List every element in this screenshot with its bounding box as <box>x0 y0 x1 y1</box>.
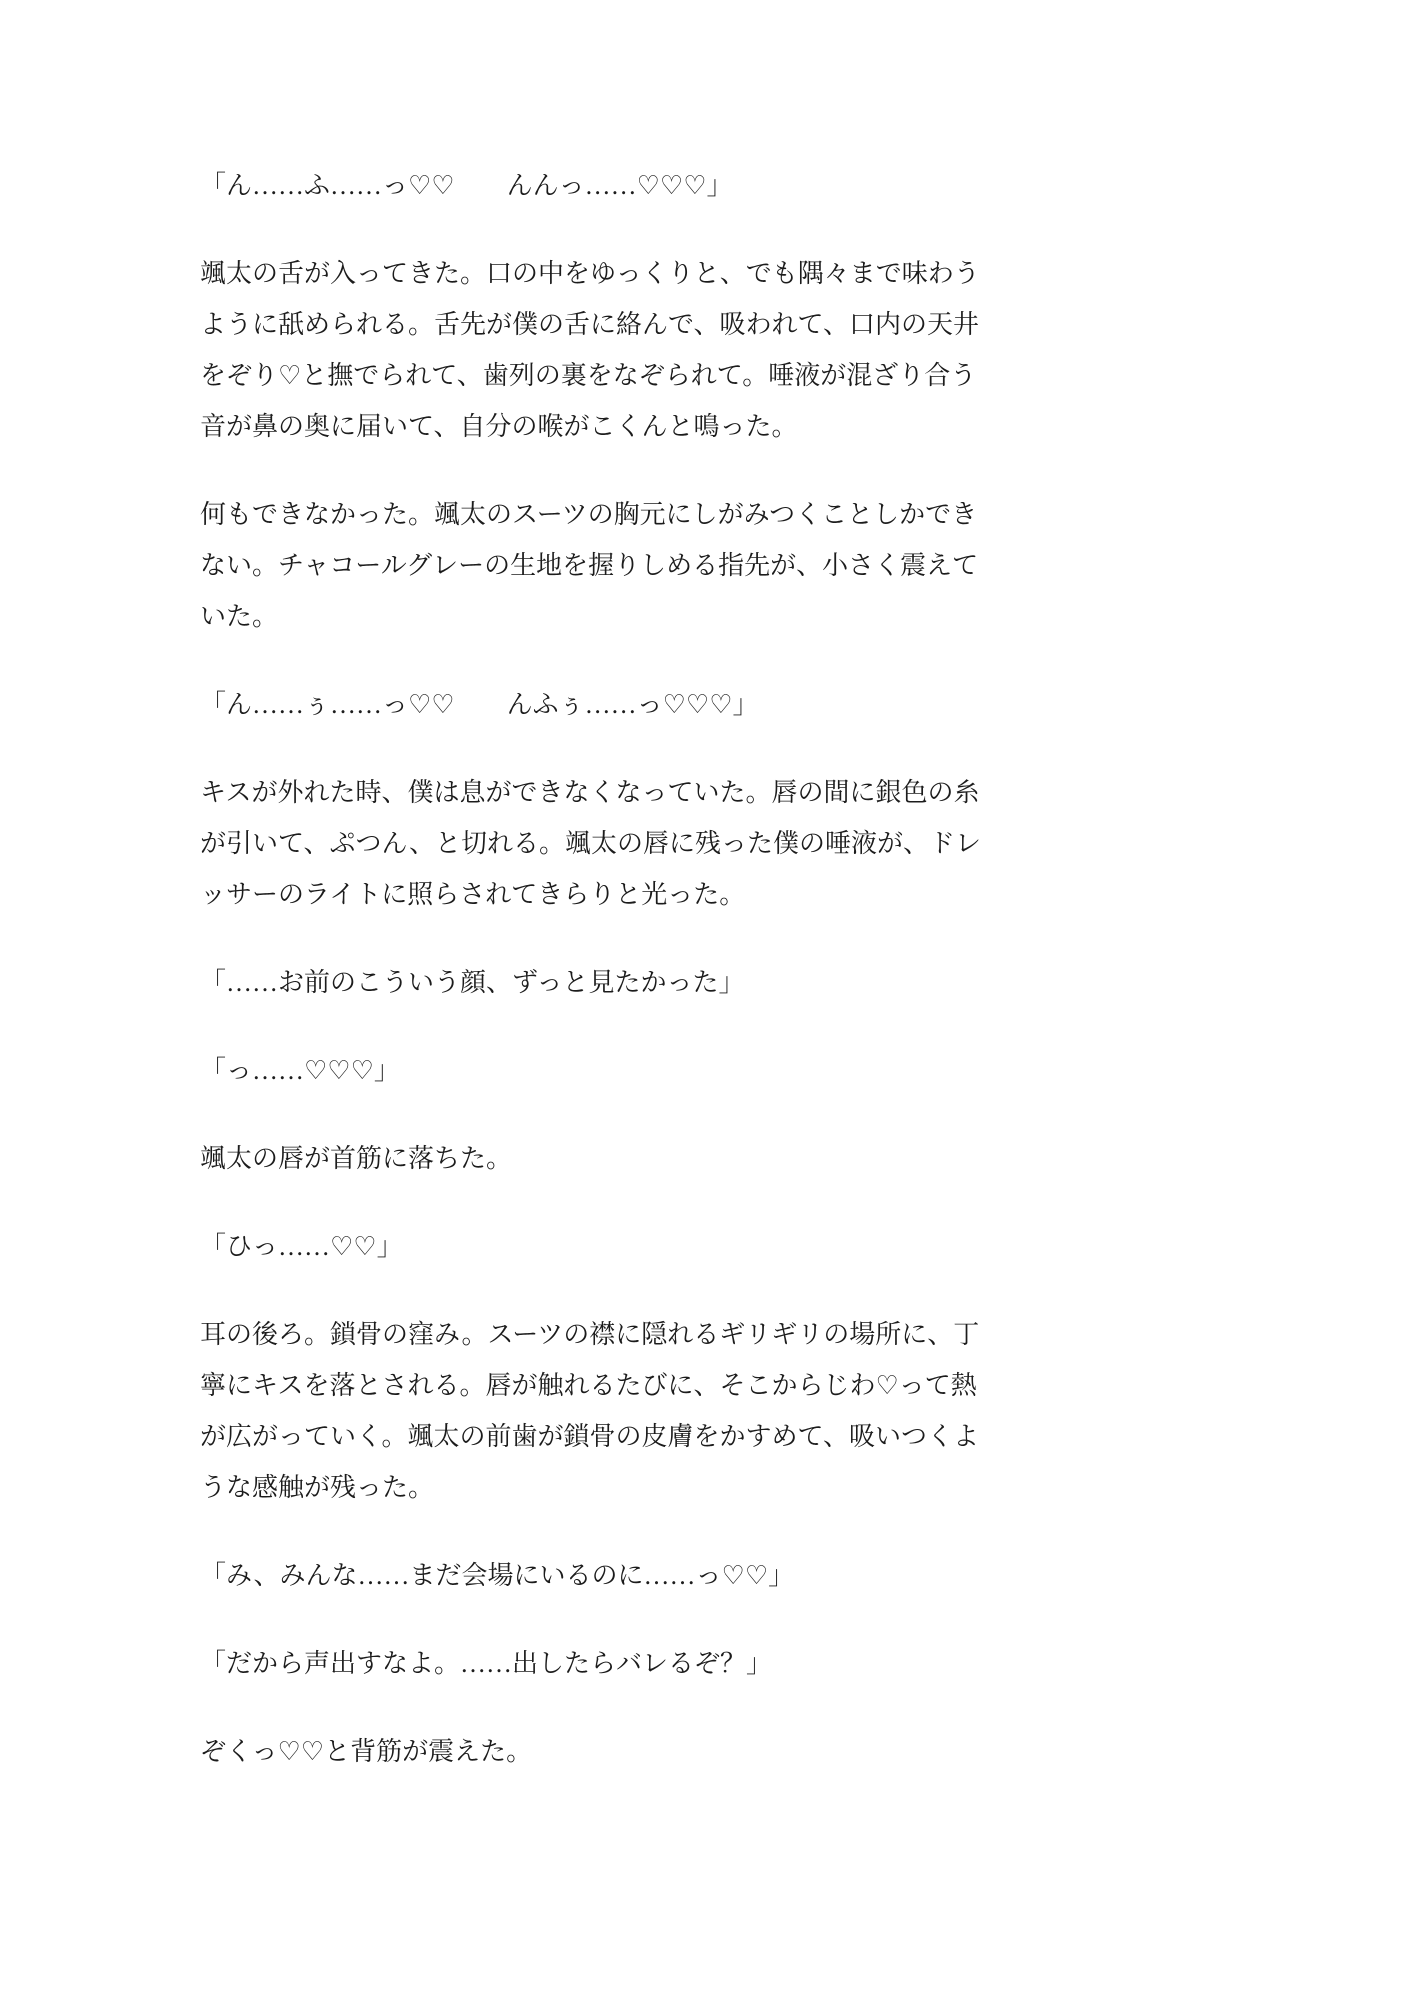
narration-paragraph: ぞくっ♡♡と背筋が震えた。 <box>200 1726 1000 1777</box>
dialogue-paragraph: 「だから声出すなよ。……出したらバレるぞ？」 <box>200 1638 1000 1689</box>
dialogue-paragraph: 「っ……♡♡♡」 <box>200 1045 1000 1096</box>
text-line: 「……お前のこういう顔、ずっと見たかった」 <box>200 957 1000 1008</box>
text-line: うな感触が残った。 <box>200 1462 1000 1513</box>
text-line: 寧にキスを落とされる。唇が触れるたびに、そこからじわ♡って熱 <box>200 1360 1000 1411</box>
text-line: 「ん……ふ……っ♡♡ んんっ……♡♡♡」 <box>200 160 1000 211</box>
text-line: 「ん……ぅ……っ♡♡ んふぅ……っ♡♡♡」 <box>200 679 1000 730</box>
text-line: が広がっていく。颯太の前歯が鎖骨の皮膚をかすめて、吸いつくよ <box>200 1411 1000 1462</box>
text-line: 颯太の舌が入ってきた。口の中をゆっくりと、でも隅々まで味わう <box>200 248 1000 299</box>
text-line: 音が鼻の奥に届いて、自分の喉がこくんと鳴った。 <box>200 401 1000 452</box>
text-line: が引いて、ぷつん、と切れる。颯太の唇に残った僕の唾液が、ドレ <box>200 818 1000 869</box>
narration-paragraph: 颯太の舌が入ってきた。口の中をゆっくりと、でも隅々まで味わうように舐められる。舌… <box>200 248 1000 452</box>
dialogue-paragraph: 「……お前のこういう顔、ずっと見たかった」 <box>200 957 1000 1008</box>
text-body: 「ん……ふ……っ♡♡ んんっ……♡♡♡」颯太の舌が入ってきた。口の中をゆっくりと… <box>200 160 1000 1777</box>
text-line: ッサーのライトに照らされてきらりと光った。 <box>200 869 1000 920</box>
text-line: 「っ……♡♡♡」 <box>200 1045 1000 1096</box>
text-line: をぞり♡と撫でられて、歯列の裏をなぞられて。唾液が混ざり合う <box>200 350 1000 401</box>
text-line: ように舐められる。舌先が僕の舌に絡んで、吸われて、口内の天井 <box>200 299 1000 350</box>
text-line: 「だから声出すなよ。……出したらバレるぞ？」 <box>200 1638 1000 1689</box>
document-page: 「ん……ふ……っ♡♡ んんっ……♡♡♡」颯太の舌が入ってきた。口の中をゆっくりと… <box>0 0 1415 2000</box>
dialogue-paragraph: 「ひっ……♡♡」 <box>200 1221 1000 1272</box>
dialogue-paragraph: 「ん……ふ……っ♡♡ んんっ……♡♡♡」 <box>200 160 1000 211</box>
text-line: ぞくっ♡♡と背筋が震えた。 <box>200 1726 1000 1777</box>
text-line: 颯太の唇が首筋に落ちた。 <box>200 1133 1000 1184</box>
narration-paragraph: キスが外れた時、僕は息ができなくなっていた。唇の間に銀色の糸が引いて、ぷつん、と… <box>200 767 1000 920</box>
narration-paragraph: 何もできなかった。颯太のスーツの胸元にしがみつくことしかできない。チャコールグレ… <box>200 489 1000 642</box>
text-line: 耳の後ろ。鎖骨の窪み。スーツの襟に隠れるギリギリの場所に、丁 <box>200 1309 1000 1360</box>
text-line: 「ひっ……♡♡」 <box>200 1221 1000 1272</box>
text-line: ない。チャコールグレーの生地を握りしめる指先が、小さく震えて <box>200 540 1000 591</box>
dialogue-paragraph: 「ん……ぅ……っ♡♡ んふぅ……っ♡♡♡」 <box>200 679 1000 730</box>
text-line: いた。 <box>200 591 1000 642</box>
narration-paragraph: 耳の後ろ。鎖骨の窪み。スーツの襟に隠れるギリギリの場所に、丁寧にキスを落とされる… <box>200 1309 1000 1513</box>
narration-paragraph: 颯太の唇が首筋に落ちた。 <box>200 1133 1000 1184</box>
text-line: 「み、みんな……まだ会場にいるのに……っ♡♡」 <box>200 1550 1000 1601</box>
text-line: 何もできなかった。颯太のスーツの胸元にしがみつくことしかでき <box>200 489 1000 540</box>
text-line: キスが外れた時、僕は息ができなくなっていた。唇の間に銀色の糸 <box>200 767 1000 818</box>
dialogue-paragraph: 「み、みんな……まだ会場にいるのに……っ♡♡」 <box>200 1550 1000 1601</box>
